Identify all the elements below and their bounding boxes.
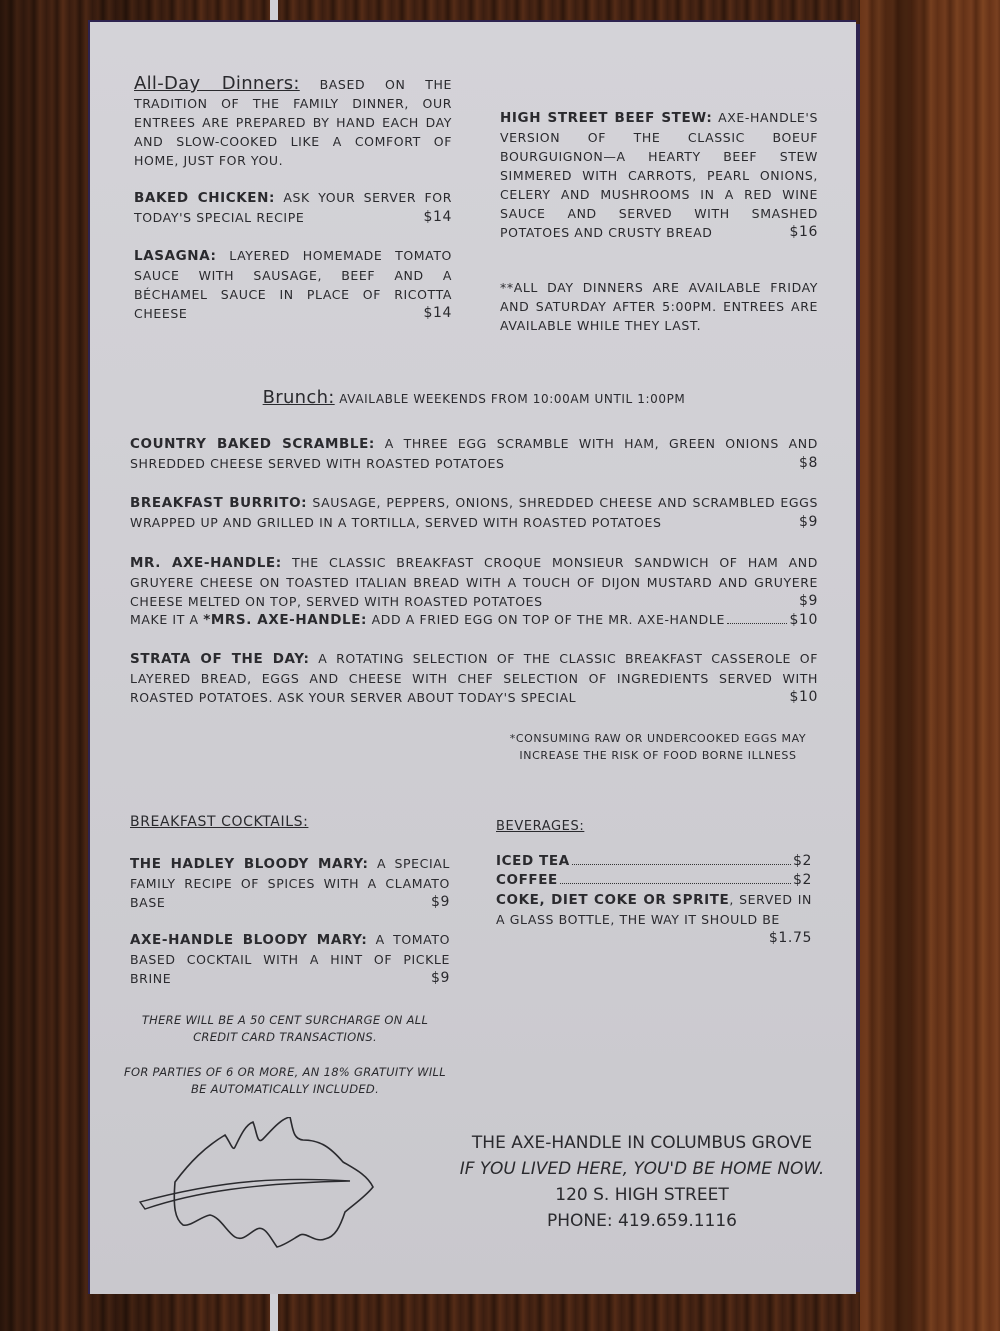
leader-dots — [727, 623, 788, 624]
beverages-heading-row: Beverages: — [496, 816, 812, 836]
item-name: Country Baked Scramble: — [130, 436, 375, 452]
item-name: Iced Tea — [496, 852, 570, 871]
all-day-dinners-intro: All-Day Dinners: Based on the tradition … — [134, 74, 452, 170]
menu-item: Axe-handle Bloody Mary: A tomato based c… — [130, 930, 450, 988]
item-name: Baked Chicken: — [134, 190, 275, 206]
menu-item-variant: Make it a *Mrs. Axe-Handle: add a fried … — [130, 610, 818, 630]
cocktails-heading-row: Breakfast Cocktails: — [130, 812, 450, 832]
all-day-dinners-note: **All day dinners are available Friday a… — [500, 278, 818, 335]
all-day-dinners-heading: All-Day Dinners: — [134, 73, 300, 94]
leaf-logo-icon — [135, 1117, 425, 1257]
wood-background-right — [860, 0, 1000, 1331]
item-name: The Hadley Bloody Mary: — [130, 856, 369, 872]
restaurant-address: 120 S. High Street — [452, 1182, 832, 1208]
brunch-header: Brunch: Available weekends from 10:00am … — [130, 388, 818, 409]
menu-item: Mr. Axe-Handle: The classic breakfast cr… — [130, 553, 818, 611]
restaurant-footer: The Axe-Handle in Columbus Grove If you … — [452, 1130, 832, 1234]
item-price: $14 — [423, 208, 452, 227]
item-name: Mr. Axe-Handle: — [130, 555, 282, 571]
beverages-heading: Beverages: — [496, 819, 584, 834]
beverage-item: Iced Tea $2 — [496, 852, 812, 871]
phone-number: 419.659.1116 — [618, 1211, 737, 1231]
restaurant-phone-row: Phone: 419.659.1116 — [452, 1208, 832, 1234]
item-price: $10 — [789, 688, 818, 707]
beverage-item: Coffee $2 — [496, 871, 812, 890]
restaurant-tagline: If you lived here, you'd be home now. — [452, 1156, 832, 1182]
cocktails-heading: Breakfast Cocktails: — [130, 814, 308, 830]
item-name: Coke, Diet Coke or Sprite — [496, 892, 729, 908]
menu-item: Country Baked Scramble: A three egg scra… — [130, 434, 818, 473]
beverage-item: Coke, Diet Coke or Sprite, served in a g… — [496, 890, 812, 948]
raw-egg-warning: *Consuming raw or undercooked eggs may i… — [508, 730, 808, 764]
menu-item: Breakfast Burrito: Sausage, peppers, oni… — [130, 493, 818, 532]
leader-dots — [560, 883, 791, 884]
restaurant-name: The Axe-Handle in Columbus Grove — [452, 1130, 832, 1156]
item-name: Lasagna: — [134, 248, 217, 264]
menu-item: High Street Beef Stew: Axe-Handle's vers… — [500, 108, 818, 242]
brunch-heading: Brunch: — [263, 387, 335, 408]
gratuity-note: For parties of 6 or more, an 18% gratuit… — [120, 1064, 450, 1098]
board-gap — [270, 1290, 278, 1331]
item-name: High Street Beef Stew: — [500, 110, 712, 126]
item-price: $8 — [799, 454, 818, 473]
menu-item: The Hadley Bloody Mary: A special family… — [130, 854, 450, 912]
item-name: *Mrs. Axe-Handle: — [203, 611, 367, 630]
item-price: $2 — [793, 852, 812, 871]
item-name: Coffee — [496, 871, 558, 890]
item-price: $10 — [789, 611, 818, 630]
leader-dots — [572, 864, 791, 865]
item-price: $9 — [431, 893, 450, 912]
menu-page: All-Day Dinners: Based on the tradition … — [88, 20, 856, 1294]
item-price: $2 — [793, 871, 812, 890]
brunch-hours: Available weekends from 10:00am until 1:… — [339, 392, 685, 406]
item-price: $9 — [799, 513, 818, 532]
item-price: $14 — [423, 304, 452, 323]
menu-item: Strata of the Day: A rotating selection … — [130, 649, 818, 707]
credit-card-surcharge-note: There will be a 50 cent surcharge on all… — [120, 1012, 450, 1046]
item-price: $9 — [431, 969, 450, 988]
item-price: $16 — [789, 223, 818, 242]
item-price: $1.75 — [769, 929, 812, 948]
phone-label: Phone: — [547, 1211, 613, 1231]
item-name: Breakfast Burrito: — [130, 495, 307, 511]
item-name: Strata of the Day: — [130, 651, 310, 667]
item-price: $9 — [799, 592, 818, 611]
menu-item: Baked Chicken: Ask your server for today… — [134, 188, 452, 227]
menu-item: Lasagna: Layered homemade tomato sauce w… — [134, 246, 452, 323]
item-name: Axe-handle Bloody Mary: — [130, 932, 367, 948]
